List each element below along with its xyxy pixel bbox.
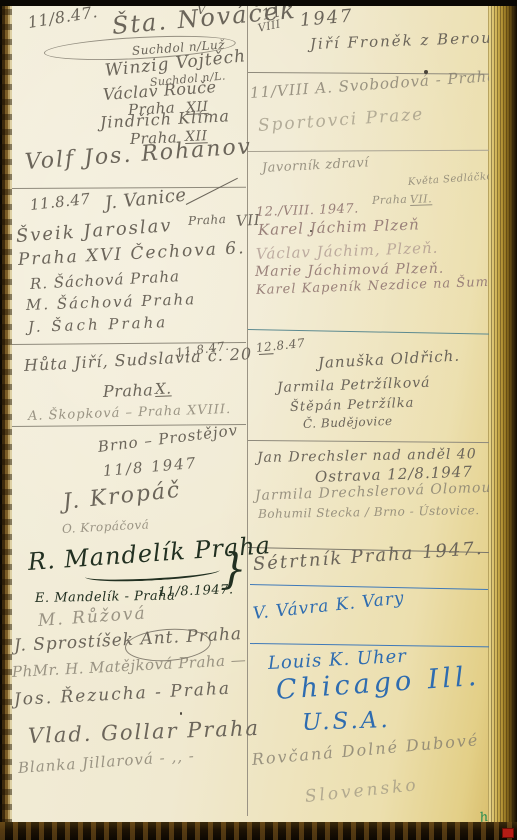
dust-speck bbox=[424, 70, 428, 74]
signature-line: J. Šach Praha bbox=[28, 315, 169, 335]
signature-line: J. Sprostíšek Ant. Praha bbox=[14, 626, 243, 655]
signature-line: Javorník zdraví bbox=[262, 156, 370, 175]
signature-line: Januška Oldřich. bbox=[318, 349, 461, 371]
signature-line: Jan Drechsler nad anděl 40 bbox=[257, 447, 477, 465]
date-note: 1947 bbox=[299, 7, 354, 30]
scanned-page-photo: 11/8.47.Šta. NováčekVSuchdol n/LužWinzig… bbox=[0, 0, 517, 840]
signature-line: V. Vávra K. Vary bbox=[252, 590, 405, 623]
signature-line: Praha bbox=[188, 213, 227, 227]
signature-line: Slovensko bbox=[304, 777, 419, 806]
signature-line: Č. Budějovice bbox=[303, 415, 393, 430]
signature-line: Jos. Řezucha - Praha bbox=[14, 681, 232, 709]
signature-line: A. Škopková – Praha XVIII. bbox=[28, 403, 232, 423]
signature-line: X. bbox=[155, 381, 172, 397]
signature-line: Brno – Prostějov bbox=[97, 423, 239, 455]
signature-line: Praha bbox=[372, 194, 408, 206]
signature-line: Jarmila Petržílková bbox=[277, 376, 431, 395]
signature-line: Jindřich Klíma bbox=[100, 108, 231, 131]
photo-top-border bbox=[0, 0, 517, 6]
date-note: 12.8.47 bbox=[255, 337, 305, 354]
date-note: 11.8.47 bbox=[29, 192, 91, 213]
dust-speck bbox=[310, 230, 312, 232]
date-note: 11/8.47. bbox=[27, 4, 99, 31]
signature-line: Václav Jáchim, Plzeň. bbox=[256, 241, 439, 262]
date-note: 12./VIII. 1947. bbox=[256, 202, 359, 219]
signature-line: Volf Jos. Rohanov bbox=[24, 136, 253, 174]
signature-line: VII. bbox=[410, 193, 433, 205]
signature-line: U.S.A. bbox=[302, 709, 392, 735]
date-note: 11/8 1947 bbox=[102, 456, 198, 479]
signature-line: R. Šáchová Praha bbox=[30, 269, 181, 292]
photo-bottom-border bbox=[0, 822, 517, 840]
signature-line: Hůta Jiří, Sudslavia č. 20 — bbox=[24, 345, 276, 374]
signature-line: PhMr. H. Matějková Praha — bbox=[12, 653, 247, 680]
signature-line: Jiří Froněk z Berounice bbox=[310, 29, 517, 52]
book-binding-edge bbox=[0, 0, 12, 840]
page-stack-edge bbox=[489, 0, 517, 840]
signature-line: Jarmila Drechslerová Olomouc bbox=[255, 480, 501, 503]
signature-line: Praha bbox=[103, 382, 154, 400]
date-note: VIII bbox=[257, 18, 282, 34]
signature-line: Karel Jáchim Plzeň bbox=[258, 217, 420, 238]
signature-line: Sportovci Praze bbox=[257, 106, 424, 135]
dust-speck bbox=[180, 712, 182, 715]
signature-line: J. Vanice bbox=[104, 186, 187, 212]
signature-line: Bohumil Stecka / Brno - Ústovice. bbox=[258, 504, 480, 520]
signature-line: 11/VIII A. Svobodová - Praha. bbox=[249, 68, 503, 101]
signature-line: M. Růžová bbox=[37, 605, 147, 630]
signature-line: E. Mandelík - Praha bbox=[35, 590, 176, 605]
red-mark bbox=[502, 828, 514, 838]
signature-line: Blanka Jillarová - ,, - bbox=[17, 749, 195, 776]
signature-line: Štěpán Petržílka bbox=[290, 397, 415, 414]
signature-line: Vlad. Gollar Praha bbox=[28, 718, 261, 747]
signature-line: Šveik Jaroslav bbox=[15, 217, 173, 246]
signature-line: O. Kropáčová bbox=[62, 518, 150, 535]
signature-line: J. Kropáč bbox=[62, 480, 182, 514]
signature-line: Rovčaná Dolné Dubové bbox=[251, 732, 480, 768]
handwriting-layer: 11/8.47.Šta. NováčekVSuchdol n/LužWinzig… bbox=[0, 0, 517, 840]
signature-line: M. Šáchová Praha bbox=[26, 292, 197, 313]
signature-line: Sétrtník Praha 1947. bbox=[252, 540, 484, 574]
